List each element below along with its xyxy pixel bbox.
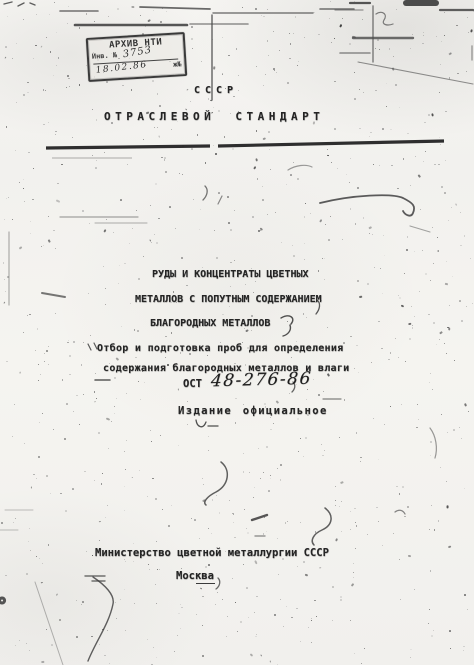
standard-prefix: ОСТ — [183, 378, 202, 390]
stamp-inventory-label: Инв. № — [92, 51, 118, 61]
city-label: Москва — [176, 570, 214, 582]
document-type-heading: ОТРАСЛЕВОЙ СТАНДАРТ — [104, 110, 324, 123]
ministry-line: Министерство цветной металлургии СССР — [95, 547, 329, 559]
city-underline — [196, 583, 215, 584]
stamp-mark: ж№ — [173, 60, 182, 69]
subtitle-line-1: Отбор и подготовка проб для определения — [97, 343, 344, 354]
edition-note: Издание официальное — [178, 405, 328, 417]
title-line-3: БЛАГОРОДНЫХ МЕТАЛЛОВ — [150, 318, 270, 329]
archive-stamp: АРХИВ НТИ Инв. № 3753 18.02.86 ж№ — [86, 32, 188, 82]
country-label: СССР — [194, 85, 238, 96]
paper-tone-overlay — [0, 0, 474, 665]
title-line-2: МЕТАЛЛОВ С ПОПУТНЫМ СОДЕРЖАНИЕМ — [135, 294, 322, 305]
title-line-1: РУДЫ И КОНЦЕНТРАТЫ ЦВЕТНЫХ — [152, 269, 309, 280]
standard-number-handwritten: 48-276-86 — [210, 369, 313, 392]
scanned-document-page: АРХИВ НТИ Инв. № 3753 18.02.86 ж№ СССР О… — [0, 0, 474, 665]
